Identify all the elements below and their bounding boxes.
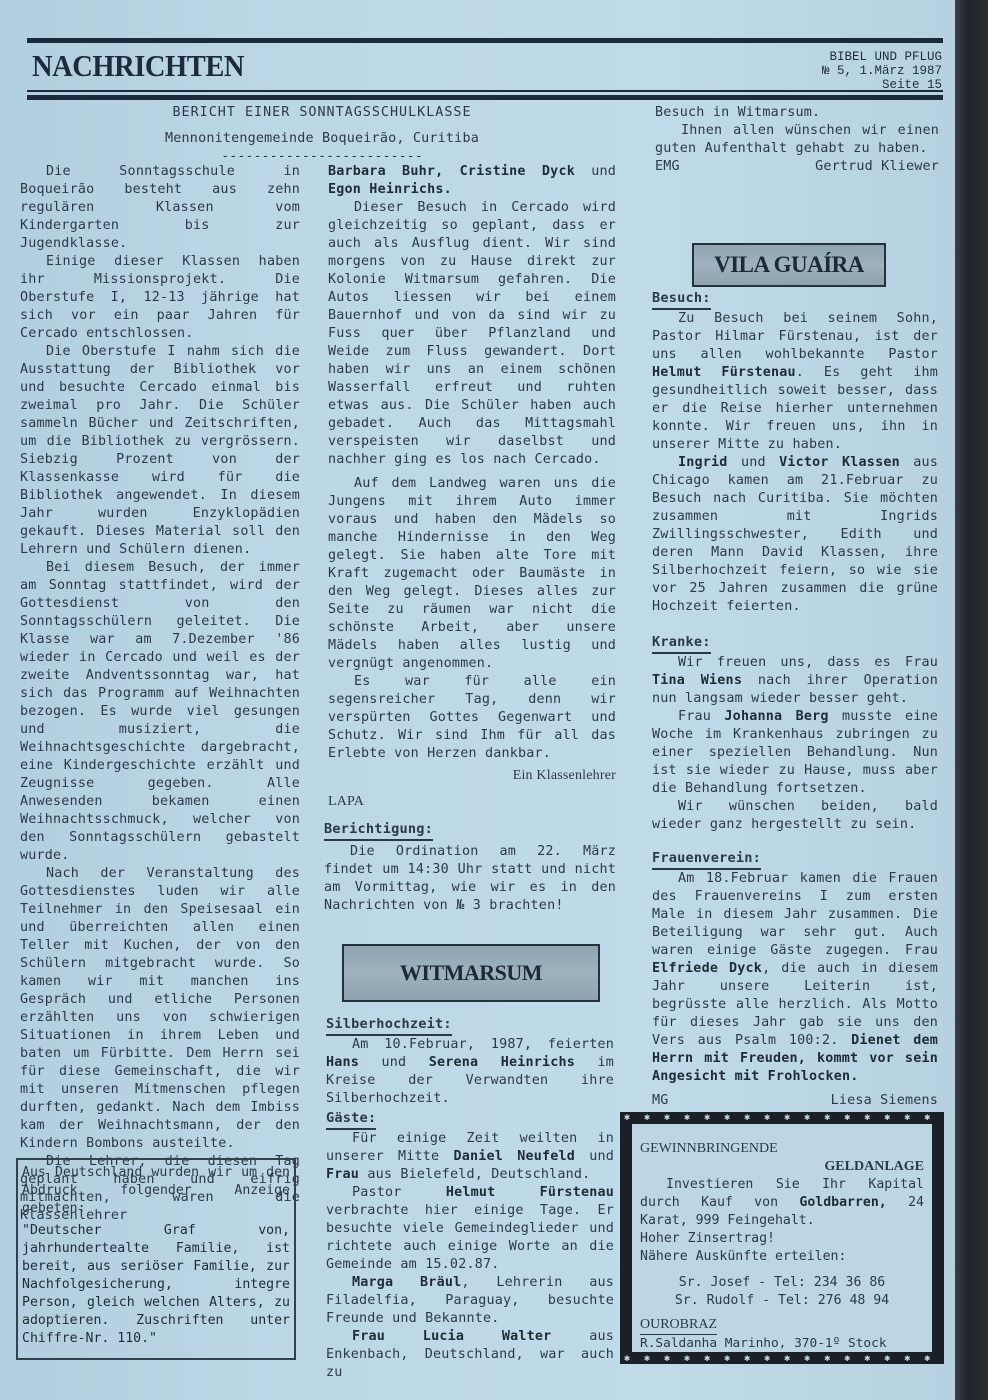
column-1: Die Sonntagsschule in Boqueirão besteht … (20, 163, 300, 1225)
text: Zu Besuch bei seinem Sohn, Pastor Hilmar… (652, 311, 938, 362)
gold-ad-contact-1: Sr. Josef - Tel: 234 36 86 (640, 1274, 924, 1292)
ad-text: "Deutscher Graf von, jahrhundertealte Fa… (22, 1222, 290, 1348)
gold-ad-content: GEWINNBRINGENDE GELDANLAGE Investieren S… (632, 1124, 932, 1352)
silver-wedding-text: Am 10.Februar, 1987, feierten Hans und S… (326, 1036, 614, 1108)
name: Elfriede Dyck (652, 961, 762, 976)
visit-paragraph: Ingrid und Victor Klassen aus Chicago ka… (652, 454, 938, 616)
name: Helmut Fürstenau (446, 1185, 614, 1200)
ad-intro: Aus Deutschland wurden wir um den Abdruc… (22, 1164, 290, 1218)
gold-ad-body: Investieren Sie Ihr Kapital durch Kauf v… (640, 1176, 924, 1230)
correction-text: Die Ordination am 22. März findet um 14:… (324, 843, 616, 915)
sick-paragraph: Wir freuen uns, dass es Frau Tina Wiens … (652, 654, 938, 708)
sick-heading: Kranke: (652, 634, 711, 654)
signature-initials: EMG (655, 158, 680, 176)
text: und (741, 455, 766, 470)
binding-spine (955, 0, 988, 1400)
star-border-top: ✱✱✱✱✱✱✱✱✱✱✱✱✱✱✱✱ (624, 1112, 940, 1123)
masthead-title: NACHRICHTEN (32, 48, 244, 84)
witmarsum-continued: Besuch in Witmarsum. (655, 104, 939, 122)
guests-heading: Gäste: (326, 1110, 376, 1130)
visit-paragraph: Zu Besuch bei seinem Sohn, Pastor Hilmar… (652, 310, 938, 454)
column-2: Barbara Buhr, Cristine Dyck und Egon Hei… (328, 163, 616, 915)
text: Pastor (352, 1185, 402, 1200)
signature-name: Gertrud Kliewer (815, 158, 939, 176)
gold-ad-line: Nähere Auskünfte erteilen: (640, 1248, 924, 1266)
visit-heading: Besuch: (652, 290, 711, 310)
paragraph: Auf dem Landweg waren uns die Jungens mi… (328, 475, 616, 673)
gold-ad-line: Hoher Zinsertrag! (640, 1230, 924, 1248)
product: Goldbarren, (799, 1195, 886, 1210)
name: Helmut Fürstenau (652, 365, 796, 380)
correction-section: Berichtigung: Die Ordination am 22. März… (324, 819, 616, 915)
paragraph: Es war für alle ein segensreicher Tag, d… (328, 673, 616, 763)
gold-ad-headline-left: GEWINNBRINGENDE (640, 1140, 924, 1158)
section-lapa: LAPA (328, 793, 616, 811)
name: Victor Klassen (779, 455, 900, 470)
sick-paragraph: Wir wünschen beiden, bald wieder ganz he… (652, 798, 938, 834)
text: Wir freuen uns, dass es Frau (678, 655, 938, 670)
paragraph: Nach der Veranstaltung des Gottesdienste… (20, 865, 300, 1153)
issue-date: № 5, 1.März 1987 (822, 64, 942, 78)
guest-paragraph: Marga Bräul, Lehrerin aus Filadelfia, Pa… (326, 1274, 614, 1328)
signature-name: Liesa Siemens (831, 1092, 938, 1110)
sick-paragraph: Frau Johanna Berg musste eine Woche im K… (652, 708, 938, 798)
text: Am 18.Februar kamen die Frauen des Fraue… (652, 871, 938, 958)
column-3: Besuch in Witmarsum. Ihnen allen wünsche… (655, 104, 939, 176)
womens-club-heading: Frauenverein: (652, 850, 761, 870)
text: und (589, 1149, 614, 1164)
signature-initials: MG (652, 1092, 669, 1110)
teacher-names: Barbara Buhr, Cristine Dyck und Egon Hei… (328, 163, 616, 199)
witmarsum-signature: EMG Gertrud Kliewer (655, 158, 939, 176)
name: Frau (326, 1167, 359, 1182)
witmarsum-section: Silberhochzeit: Am 10.Februar, 1987, fei… (326, 1014, 614, 1382)
teacher-names-bold: Barbara Buhr, Cristine Dyck (328, 164, 575, 179)
masthead-bottom-rule-thick (27, 95, 943, 100)
paragraph: Dieser Besuch in Cercado wird gleichzeit… (328, 199, 616, 469)
teacher-names-bold-2: Egon Heinrichs. (328, 182, 452, 197)
name: Daniel Neufeld (453, 1149, 575, 1164)
paragraph: Einige dieser Klassen haben ihr Missions… (20, 253, 300, 343)
name: Hans (326, 1055, 359, 1070)
vila-guaira-banner: VILA GUAÍRA (692, 243, 886, 287)
name: Ingrid (678, 455, 728, 470)
article-title: BERICHT EINER SONNTAGSSCHULKLASSE (20, 104, 624, 122)
star-border-bottom: ✱✱✱✱✱✱✱✱✱✱✱✱✱✱✱✱ (624, 1353, 940, 1364)
paragraph: Die Sonntagsschule in Boqueirão besteht … (20, 163, 300, 253)
text: aus Bielefeld, Deutschland. (367, 1167, 590, 1182)
correction-heading: Berichtigung: (324, 821, 433, 841)
masthead-meta: BIBEL UND PFLUG № 5, 1.März 1987 Seite 1… (822, 50, 942, 92)
paragraph: Bei diesem Besuch, der immer am Sonntag … (20, 559, 300, 865)
vila-guaira-section: Besuch: Zu Besuch bei seinem Sohn, Pasto… (652, 288, 938, 1110)
page-number: Seite 15 (822, 78, 942, 92)
conjunction: und (591, 164, 616, 179)
name: Johanna Berg (724, 709, 828, 724)
text: Am 10.Februar, 1987, feierten (352, 1037, 614, 1052)
article-subtitle: Mennonitengemeinde Boqueirão, Curitiba (20, 130, 624, 148)
text: und (381, 1055, 406, 1070)
guest-paragraph: Frau Lucia Walter aus Enkenbach, Deutsch… (326, 1328, 614, 1382)
text: aus Chicago kamen am 21.Februar zu Besuc… (652, 455, 938, 614)
gold-investment-ad: ✱✱✱✱✱✱✱✱✱✱✱✱✱✱✱✱ ✱✱✱✱✱✱✱✱✱✱✱✱✱✱✱✱ GEWINN… (620, 1112, 944, 1364)
gold-ad-address: R.Saldanha Marinho, 370-1º Stock (640, 1335, 924, 1353)
witmarsum-banner: WITMARSUM (342, 944, 600, 1002)
name: Serena Heinrichs (429, 1055, 575, 1070)
article-signature: Ein Klassenlehrer (328, 767, 616, 785)
womens-club-paragraph: Am 18.Februar kamen die Frauen des Fraue… (652, 870, 938, 1086)
name: Frau Lucia Walter (352, 1329, 551, 1344)
womens-club-signature: MG Liesa Siemens (652, 1092, 938, 1110)
adoption-ad-box: Aus Deutschland wurden wir um den Abdruc… (16, 1158, 296, 1360)
masthead-bottom-rule-thin (27, 90, 943, 92)
publication-name: BIBEL UND PFLUG (822, 50, 942, 64)
text: verbrachte hier einige Tage. Er besuchte… (326, 1203, 614, 1272)
text: Frau (678, 709, 711, 724)
guest-paragraph: Für einige Zeit weilten in unserer Mitte… (326, 1130, 614, 1184)
silver-wedding-heading: Silberhochzeit: (326, 1016, 452, 1036)
gold-ad-contact-2: Sr. Rudolf - Tel: 276 48 94 (640, 1292, 924, 1310)
witmarsum-wish: Ihnen allen wünschen wir einen guten Auf… (655, 122, 939, 158)
paragraph: Die Oberstufe I nahm sich die Ausstattun… (20, 343, 300, 559)
name: Tina Wiens (652, 673, 742, 688)
guest-paragraph: Pastor Helmut Fürstenau verbrachte hier … (326, 1184, 614, 1274)
masthead-top-rule (27, 38, 943, 43)
name: Marga Bräul (352, 1275, 461, 1290)
gold-ad-company: OUROBRAZ (640, 1316, 717, 1335)
gold-ad-headline-right: GELDANLAGE (640, 1158, 924, 1176)
